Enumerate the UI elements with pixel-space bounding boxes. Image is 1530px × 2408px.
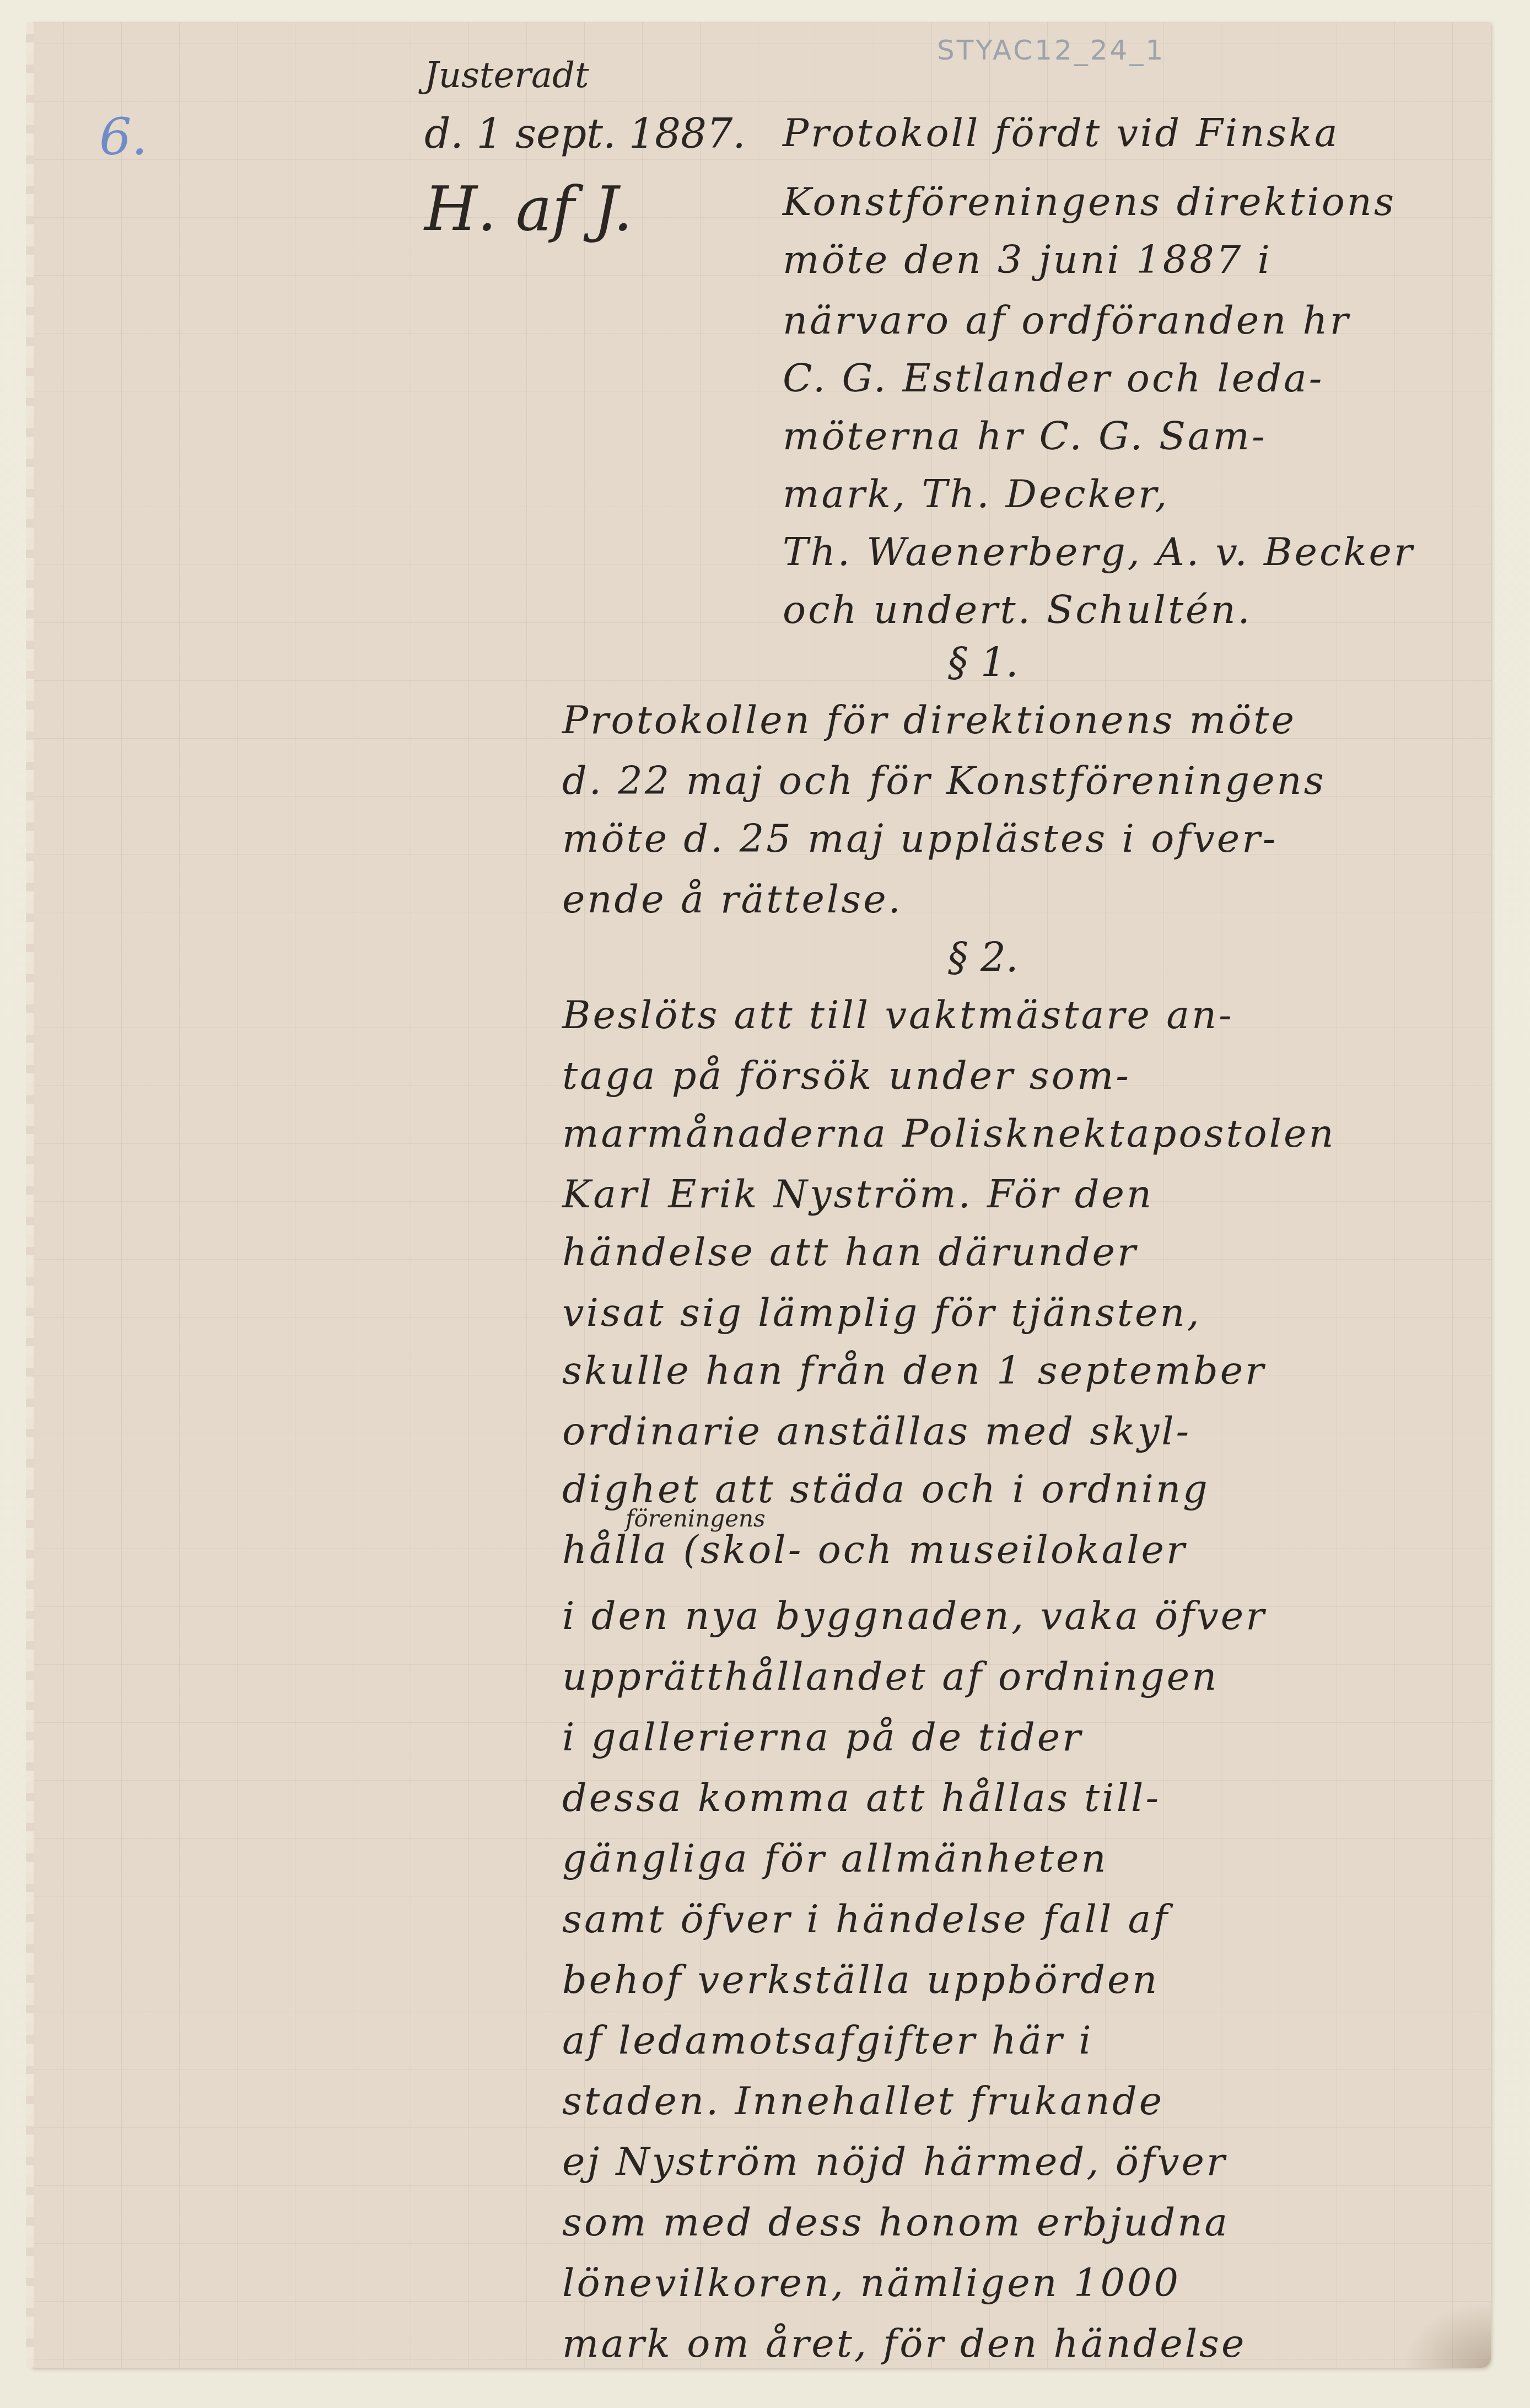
section-2-line: af ledamotsafgifter här i	[562, 2018, 1093, 2063]
header-line: möte den 3 juni 1887 i	[783, 237, 1272, 282]
archive-reference-stamp: STYAC12_24_1	[937, 34, 1165, 66]
section-mark-1: § 1.	[948, 639, 1019, 686]
section-mark-2: § 2.	[948, 934, 1019, 981]
header-line: Protokoll fördt vid Finska	[783, 110, 1339, 155]
section-2-line: ordinarie anställas med skyl-	[562, 1409, 1191, 1454]
section-2-line: behof verkställa uppbörden	[562, 1957, 1159, 2002]
section-2-line: marmånaderna Polisknektapostolen	[562, 1111, 1336, 1156]
section-2-line: visat sig lämplig för tjänsten,	[562, 1290, 1202, 1335]
section-2-line: dessa komma att hållas till-	[562, 1775, 1161, 1820]
header-line: möterna hr C. G. Sam-	[783, 413, 1267, 459]
margin-note-initials: H. af J.	[424, 174, 633, 244]
section-2-line: taga på försök under som-	[562, 1053, 1131, 1098]
header-line: Konstföreningens direktions	[783, 179, 1396, 224]
section-2-line: mark om året, för den händelse	[562, 2321, 1246, 2366]
section-1-line: ende å rättelse.	[562, 877, 903, 922]
section-1-line: d. 22 maj och för Konstföreningens	[562, 758, 1326, 803]
section-1-line: Protokollen för direktionens möte	[562, 697, 1296, 743]
section-2-line: hålla (skol- och museilokaler	[562, 1527, 1187, 1572]
section-2-line: i den nya byggnaden, vaka öfver	[562, 1593, 1267, 1638]
page-number: 6.	[99, 108, 148, 166]
margin-note-date: d. 1 sept. 1887.	[424, 110, 746, 158]
section-2-line: Beslöts att till vaktmästare an-	[562, 992, 1234, 1038]
section-2-line: lönevilkoren, nämligen 1000	[562, 2260, 1181, 2305]
section-2-line: upprätthållandet af ordningen	[562, 1654, 1219, 1699]
header-line: C. G. Estlander och leda-	[783, 356, 1324, 401]
margin-note-approved: Justeradt	[424, 55, 589, 96]
section-2-line: som med dess honom erbjudna	[562, 2200, 1230, 2245]
header-line: och undert. Schultén.	[783, 587, 1252, 632]
section-1-line: möte d. 25 maj upplästes i ofver-	[562, 816, 1278, 861]
section-2-line: Karl Erik Nyström. För den	[562, 1171, 1154, 1217]
section-2-line: staden. Innehallet frukande	[562, 2078, 1164, 2124]
section-2-line: gängliga för allmänheten	[562, 1836, 1108, 1881]
section-2-line: skulle han från den 1 september	[562, 1348, 1266, 1393]
header-line: mark, Th. Decker,	[783, 471, 1169, 517]
header-line: närvaro af ordföranden hr	[783, 298, 1350, 343]
section-2-line: ej Nyström nöjd härmed, öfver	[562, 2139, 1227, 2184]
section-2-line: samt öfver i händelse fall af	[562, 1896, 1170, 1942]
section-2-line: i gallerierna på de tider	[562, 1714, 1083, 1760]
header-line: Th. Waenerberg, A. v. Becker	[783, 529, 1414, 574]
section-2-line: händelse att han därunder	[562, 1229, 1138, 1275]
